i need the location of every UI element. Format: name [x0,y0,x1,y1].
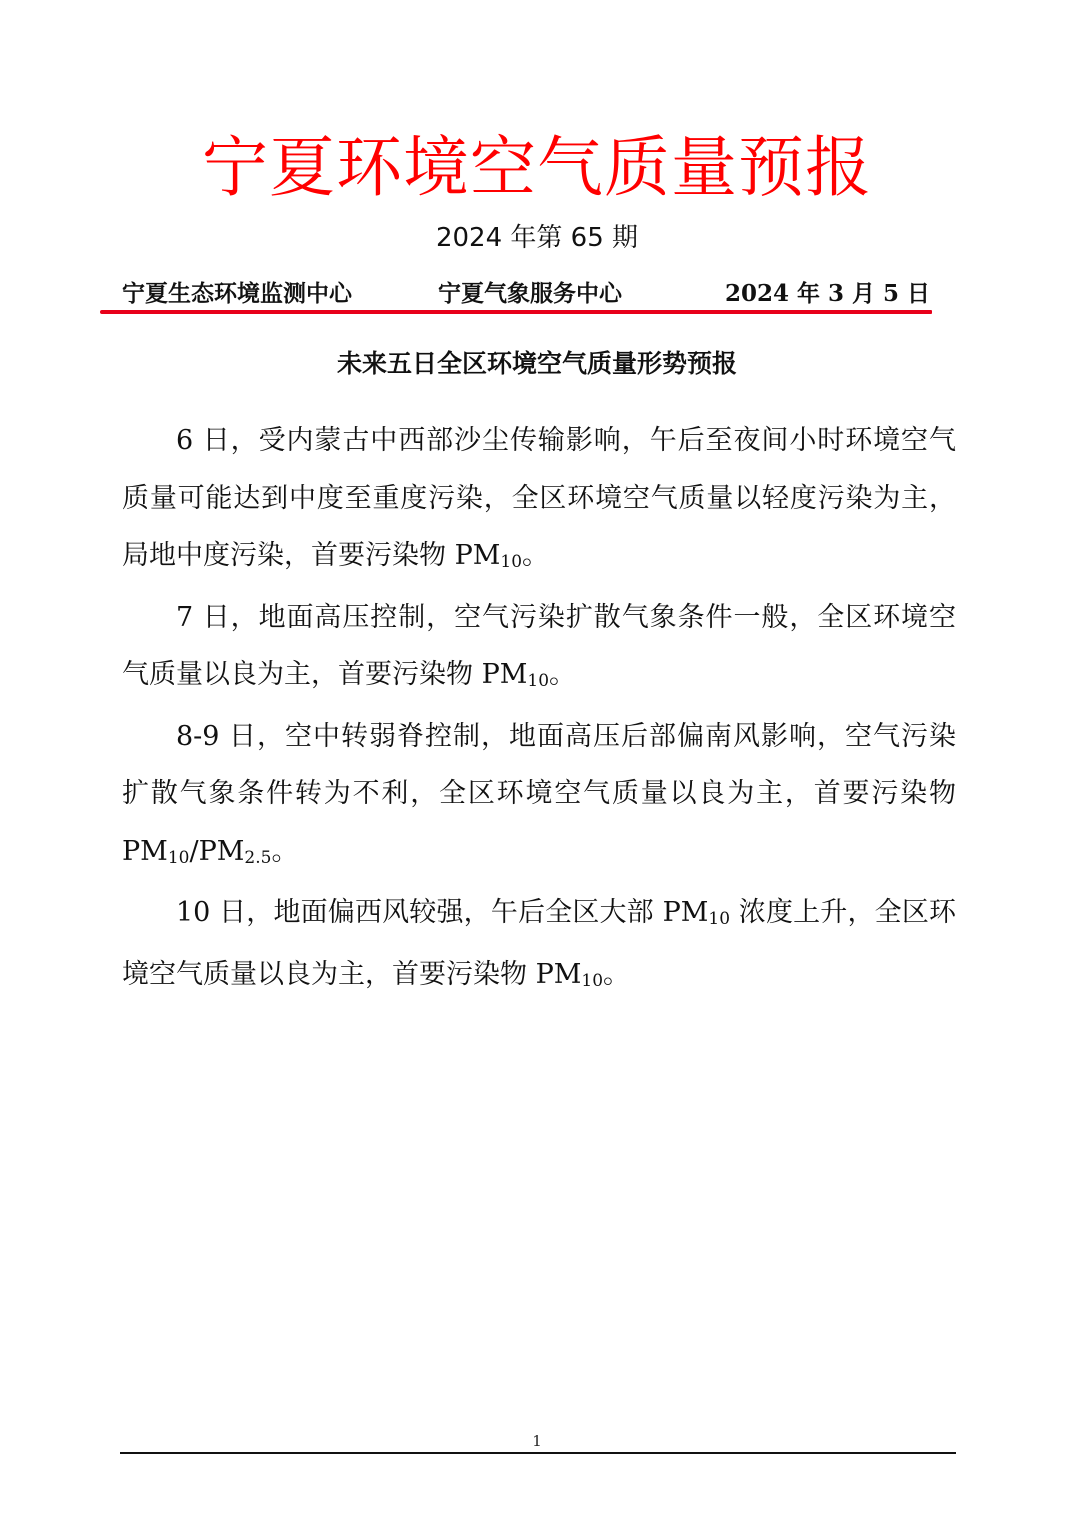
subscript: 10 [708,909,730,929]
page-number: 1 [0,1432,1074,1450]
paragraph-text: /PM [189,836,244,867]
subscript: 10 [527,671,549,691]
issue-number: 2024 年第 65 期 [0,218,1074,258]
subscript: 2.5 [244,848,271,868]
paragraph-text: 10 日，地面偏西风较强，午后全区大部 PM [176,897,708,928]
forecast-paragraph-day8-9: 8-9 日，空中转弱脊控制，地面高压后部偏南风影响，空气污染扩散气象条件转为不利… [122,708,956,885]
paragraph-text: 。 [549,659,576,690]
masthead-title: 宁夏环境空气质量预报 [0,128,1074,208]
paragraph-text: 。 [271,836,298,867]
section-title: 未来五日全区环境空气质量形势预报 [0,346,1074,382]
subscript: 10 [168,848,190,868]
forecast-paragraph-day7: 7 日，地面高压控制，空气污染扩散气象条件一般，全区环境空气质量以良为主，首要污… [122,589,956,708]
publisher-meteorology-center: 宁夏气象服务中心 [438,278,622,310]
paragraph-text: 。 [522,540,549,571]
subscript: 10 [500,552,522,572]
document-page: 宁夏环境空气质量预报 2024 年第 65 期 宁夏生态环境监测中心 宁夏气象服… [0,0,1074,1520]
footer-rule [120,1452,956,1454]
red-header-rule [100,310,932,314]
publisher-line: 宁夏生态环境监测中心 宁夏气象服务中心 2024 年 3 月 5 日 [122,278,930,310]
paragraph-text: 。 [603,959,630,990]
subscript: 10 [581,971,603,991]
forecast-paragraph-day6: 6 日，受内蒙古中西部沙尘传输影响，午后至夜间小时环境空气质量可能达到中度至重度… [122,412,956,589]
publisher-ecology-center: 宁夏生态环境监测中心 [122,278,352,310]
forecast-body: 6 日，受内蒙古中西部沙尘传输影响，午后至夜间小时环境空气质量可能达到中度至重度… [122,412,956,1007]
publish-date: 2024 年 3 月 5 日 [725,278,930,310]
paragraph-text: 8-9 日，空中转弱脊控制，地面高压后部偏南风影响，空气污染扩散气象条件转为不利… [122,721,956,867]
forecast-paragraph-day10: 10 日，地面偏西风较强，午后全区大部 PM10 浓度上升，全区环境空气质量以良… [122,884,956,1007]
